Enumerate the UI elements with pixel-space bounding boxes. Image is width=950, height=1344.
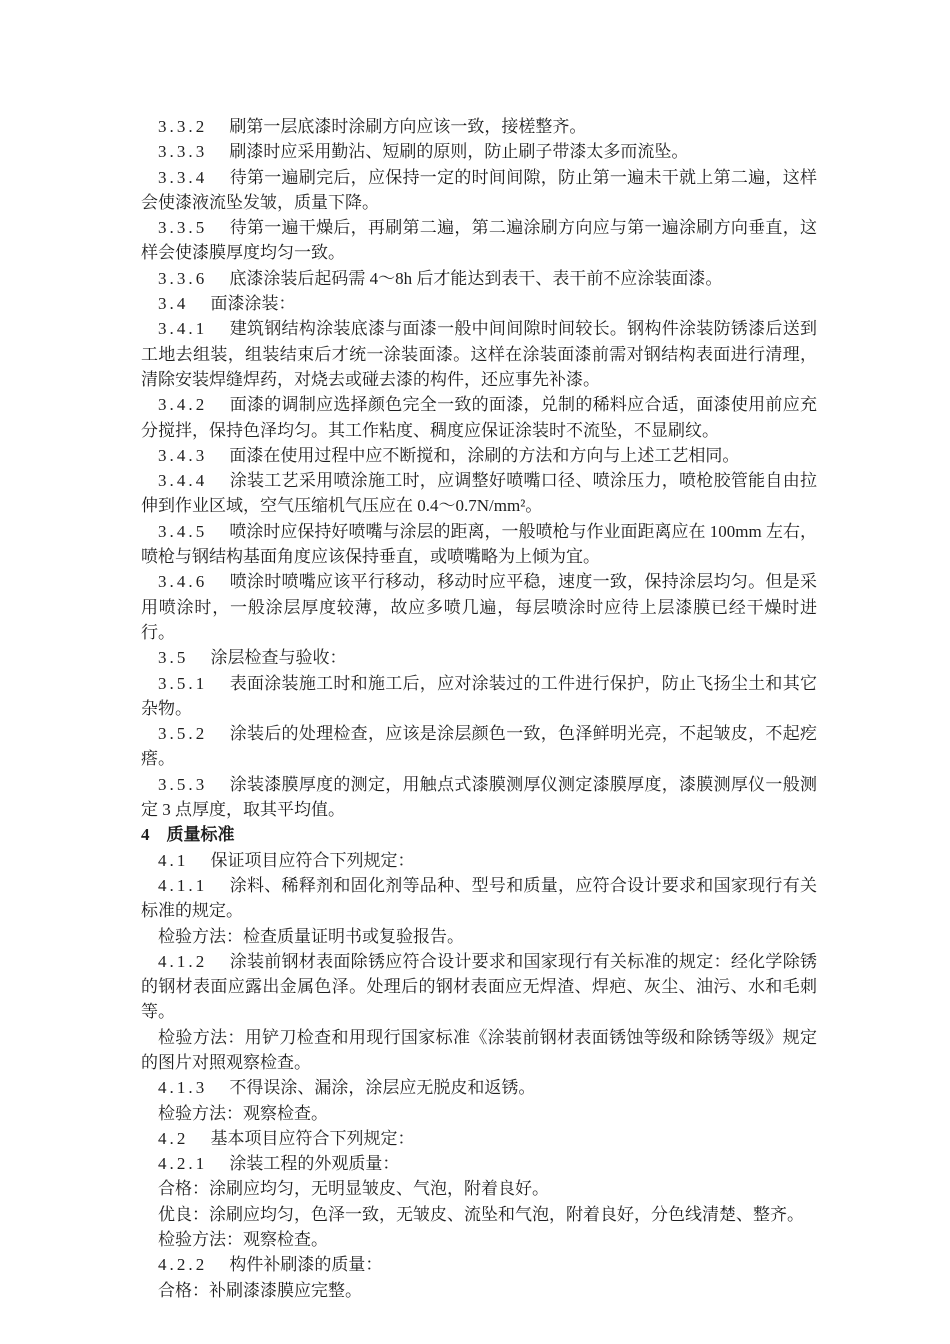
paragraph-number: 3.5 xyxy=(158,648,188,667)
paragraph-number: 3.3.5 xyxy=(158,218,207,237)
paragraph-number: 3.4.3 xyxy=(158,446,207,465)
paragraph-number: 4.1.3 xyxy=(158,1078,207,1097)
paragraph: 4.2.2构件补刷漆的质量： xyxy=(141,1252,817,1277)
paragraph: 3.5.2涂装后的处理检查，应该是涂层颜色一致，色泽鲜明光亮，不起皱皮，不起疙瘩… xyxy=(141,721,817,772)
paragraph-text: 检验方法：观察检查。 xyxy=(158,1230,328,1249)
paragraph: 3.4.3面漆在使用过程中应不断搅和，涂刷的方法和方向与上述工艺相同。 xyxy=(141,443,817,468)
paragraph-number: 4 xyxy=(141,825,150,844)
paragraph: 合格：涂刷应均匀，无明显皱皮、气泡，附着良好。 xyxy=(141,1176,817,1201)
document-page: 3.3.2刷第一层底漆时涂刷方向应该一致，接槎整齐。3.3.3刷漆时应采用勤沾、… xyxy=(0,0,950,1344)
paragraph-text: 合格：涂刷应均匀，无明显皱皮、气泡，附着良好。 xyxy=(158,1179,549,1198)
paragraph: 3.4.1建筑钢结构涂装底漆与面漆一般中间间隙时间较长。钢构件涂装防锈漆后送到工… xyxy=(141,316,817,392)
paragraph-text: 喷涂时应保持好喷嘴与涂层的距离，一般喷枪与作业面距离应在 100mm 左右，喷枪… xyxy=(141,522,817,566)
paragraph: 检验方法：观察检查。 xyxy=(141,1227,817,1252)
paragraph: 3.5涂层检查与验收： xyxy=(141,645,817,670)
paragraph: 检验方法：检查质量证明书或复验报告。 xyxy=(141,924,817,949)
paragraph-number: 3.5.1 xyxy=(158,674,207,693)
paragraph-number: 3.5.2 xyxy=(158,724,207,743)
paragraph: 3.4.4涂装工艺采用喷涂施工时，应调整好喷嘴口径、喷涂压力，喷枪胶管能自由拉伸… xyxy=(141,468,817,519)
paragraph: 合格：补刷漆漆膜应完整。 xyxy=(141,1278,817,1303)
paragraph-number: 3.4.4 xyxy=(158,471,207,490)
paragraph: 3.4面漆涂装： xyxy=(141,291,817,316)
paragraph: 优良：涂刷应均匀，色泽一致，无皱皮、流坠和气泡，附着良好，分色线清楚、整齐。 xyxy=(141,1202,817,1227)
paragraph-text: 刷漆时应采用勤沾、短刷的原则，防止刷子带漆太多而流坠。 xyxy=(229,142,688,161)
paragraph: 3.5.1表面涂装施工时和施工后，应对涂装过的工件进行保护，防止飞扬尘土和其它杂… xyxy=(141,671,817,722)
paragraph-text: 优良：涂刷应均匀，色泽一致，无皱皮、流坠和气泡，附着良好，分色线清楚、整齐。 xyxy=(158,1205,804,1224)
paragraph: 3.5.3涂装漆膜厚度的测定，用触点式漆膜测厚仪测定漆膜厚度，漆膜测厚仪一般测定… xyxy=(141,772,817,823)
paragraph-text: 检验方法：检查质量证明书或复验报告。 xyxy=(158,927,464,946)
paragraph: 4.1.2涂装前钢材表面除锈应符合设计要求和国家现行有关标准的规定：经化学除锈的… xyxy=(141,949,817,1025)
paragraph-number: 3.3.4 xyxy=(158,168,207,187)
paragraph-text: 刷第一层底漆时涂刷方向应该一致，接槎整齐。 xyxy=(229,117,586,136)
paragraph-text: 涂装漆膜厚度的测定，用触点式漆膜测厚仪测定漆膜厚度，漆膜测厚仪一般测定 3 点厚… xyxy=(141,775,817,819)
paragraph-text: 涂装工艺采用喷涂施工时，应调整好喷嘴口径、喷涂压力，喷枪胶管能自由拉伸到作业区域… xyxy=(141,471,817,515)
paragraph: 3.4.2面漆的调制应选择颜色完全一致的面漆，兑制的稀料应合适，面漆使用前应充分… xyxy=(141,392,817,443)
paragraph-text: 面漆在使用过程中应不断搅和，涂刷的方法和方向与上述工艺相同。 xyxy=(229,446,739,465)
document-body: 3.3.2刷第一层底漆时涂刷方向应该一致，接槎整齐。3.3.3刷漆时应采用勤沾、… xyxy=(141,114,817,1303)
paragraph-text: 保证项目应符合下列规定： xyxy=(211,851,415,870)
paragraph-text: 构件补刷漆的质量： xyxy=(229,1255,382,1274)
paragraph-text: 待第一遍刷完后，应保持一定的时间间隙，防止第一遍未干就上第二遍，这样会使漆液流坠… xyxy=(141,168,817,212)
paragraph-text: 喷涂时喷嘴应该平行移动，移动时应平稳，速度一致，保持涂层均匀。但是采用喷涂时，一… xyxy=(141,572,817,642)
paragraph-number: 3.4.1 xyxy=(158,319,207,338)
paragraph-number: 3.4.2 xyxy=(158,395,207,414)
paragraph-number: 4.2.1 xyxy=(158,1154,207,1173)
paragraph-number: 3.3.6 xyxy=(158,269,207,288)
paragraph-number: 4.1.1 xyxy=(158,876,207,895)
paragraph-number: 3.4.6 xyxy=(158,572,207,591)
paragraph-number: 4.1 xyxy=(158,851,188,870)
paragraph-text: 涂装前钢材表面除锈应符合设计要求和国家现行有关标准的规定：经化学除锈的钢材表面应… xyxy=(141,952,817,1022)
paragraph-number: 4.2.2 xyxy=(158,1255,207,1274)
paragraph-number: 4.2 xyxy=(158,1129,188,1148)
paragraph-text: 检验方法：观察检查。 xyxy=(158,1104,328,1123)
paragraph-number: 3.3.2 xyxy=(158,117,207,136)
paragraph: 4.1保证项目应符合下列规定： xyxy=(141,848,817,873)
paragraph: 3.3.5待第一遍干燥后，再刷第二遍，第二遍涂刷方向应与第一遍涂刷方向垂直，这样… xyxy=(141,215,817,266)
paragraph: 3.4.6喷涂时喷嘴应该平行移动，移动时应平稳，速度一致，保持涂层均匀。但是采用… xyxy=(141,569,817,645)
paragraph: 4.1.3不得误涂、漏涂，涂层应无脱皮和返锈。 xyxy=(141,1075,817,1100)
paragraph: 3.3.6底漆涂装后起码需 4～8h 后才能达到表干、表干前不应涂装面漆。 xyxy=(141,266,817,291)
paragraph-text: 基本项目应符合下列规定： xyxy=(211,1129,415,1148)
paragraph-text: 质量标准 xyxy=(167,825,235,844)
paragraph-text: 涂装工程的外观质量： xyxy=(229,1154,399,1173)
paragraph: 4.1.1涂料、稀释剂和固化剂等品种、型号和质量，应符合设计要求和国家现行有关标… xyxy=(141,873,817,924)
paragraph-text: 表面涂装施工时和施工后，应对涂装过的工件进行保护，防止飞扬尘土和其它杂物。 xyxy=(141,674,817,718)
paragraph-number: 3.3.3 xyxy=(158,142,207,161)
paragraph: 检验方法：观察检查。 xyxy=(141,1101,817,1126)
paragraph: 3.3.4待第一遍刷完后，应保持一定的时间间隙，防止第一遍未干就上第二遍，这样会… xyxy=(141,165,817,216)
paragraph: 4.2基本项目应符合下列规定： xyxy=(141,1126,817,1151)
paragraph: 检验方法：用铲刀检查和用现行国家标准《涂装前钢材表面锈蚀等级和除锈等级》规定的图… xyxy=(141,1025,817,1076)
paragraph-number: 3.4.5 xyxy=(158,522,207,541)
paragraph-text: 建筑钢结构涂装底漆与面漆一般中间间隙时间较长。钢构件涂装防锈漆后送到工地去组装，… xyxy=(141,319,817,389)
paragraph-text: 不得误涂、漏涂，涂层应无脱皮和返锈。 xyxy=(229,1078,535,1097)
paragraph-number: 3.4 xyxy=(158,294,188,313)
paragraph: 4.2.1涂装工程的外观质量： xyxy=(141,1151,817,1176)
paragraph: 3.4.5喷涂时应保持好喷嘴与涂层的距离，一般喷枪与作业面距离应在 100mm … xyxy=(141,519,817,570)
paragraph-text: 底漆涂装后起码需 4～8h 后才能达到表干、表干前不应涂装面漆。 xyxy=(229,269,722,288)
paragraph-text: 待第一遍干燥后，再刷第二遍，第二遍涂刷方向应与第一遍涂刷方向垂直，这样会使漆膜厚… xyxy=(141,218,817,262)
paragraph: 3.3.3刷漆时应采用勤沾、短刷的原则，防止刷子带漆太多而流坠。 xyxy=(141,139,817,164)
paragraph-text: 涂装后的处理检查，应该是涂层颜色一致，色泽鲜明光亮，不起皱皮，不起疙瘩。 xyxy=(141,724,817,768)
paragraph-text: 面漆的调制应选择颜色完全一致的面漆，兑制的稀料应合适，面漆使用前应充分搅拌，保持… xyxy=(141,395,817,439)
paragraph-text: 涂层检查与验收： xyxy=(211,648,347,667)
section-heading: 4质量标准 xyxy=(141,822,817,847)
paragraph: 3.3.2刷第一层底漆时涂刷方向应该一致，接槎整齐。 xyxy=(141,114,817,139)
paragraph-text: 面漆涂装： xyxy=(211,294,296,313)
paragraph-text: 涂料、稀释剂和固化剂等品种、型号和质量，应符合设计要求和国家现行有关标准的规定。 xyxy=(141,876,817,920)
paragraph-text: 检验方法：用铲刀检查和用现行国家标准《涂装前钢材表面锈蚀等级和除锈等级》规定的图… xyxy=(141,1028,817,1072)
paragraph-text: 合格：补刷漆漆膜应完整。 xyxy=(158,1281,362,1300)
paragraph-number: 3.5.3 xyxy=(158,775,207,794)
paragraph-number: 4.1.2 xyxy=(158,952,207,971)
